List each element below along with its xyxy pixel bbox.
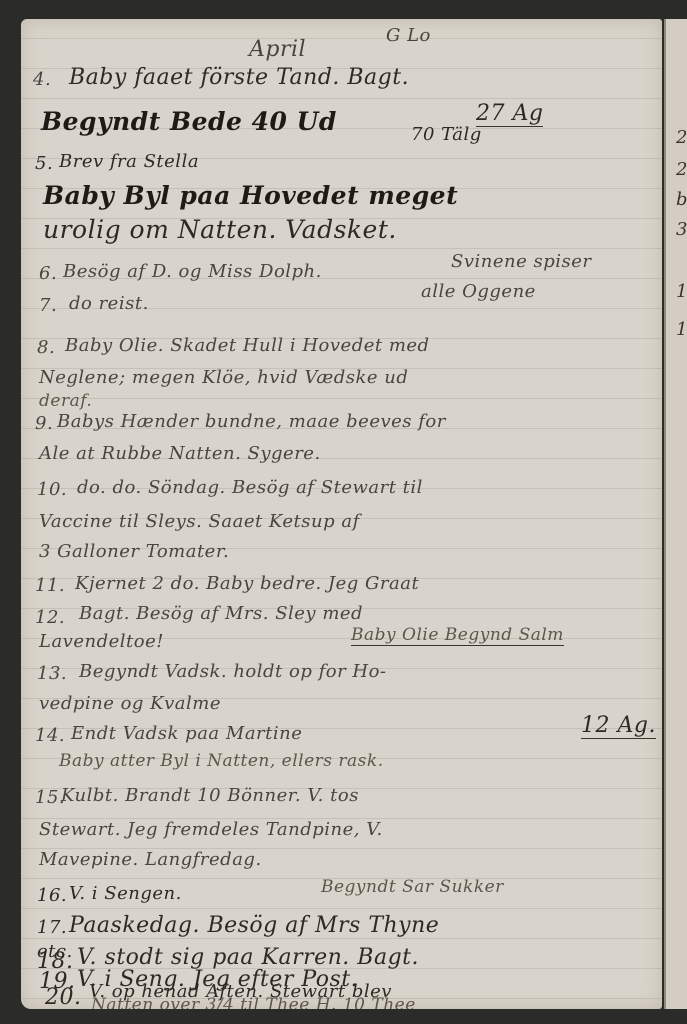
facing-mark: 2 — [676, 127, 687, 148]
entry-day: 16. — [37, 885, 67, 906]
margin-note: 27 Ag — [476, 101, 543, 127]
entry-line: Babys Hænder bundne, maae beeves for — [57, 411, 446, 432]
entry-line: 70 Tälg — [411, 124, 482, 145]
entry-line: Ale at Rubbe Natten. Sygere. — [39, 443, 321, 464]
entry-line: deraf. — [39, 391, 92, 411]
entry-line: Kulbt. Brandt 10 Bönner. V. tos — [61, 785, 359, 806]
initials: G Lo — [386, 25, 431, 46]
facing-mark: 1 — [676, 281, 687, 302]
entry-line: do. do. Söndag. Besög af Stewart til — [77, 477, 423, 498]
handwritten-text: April G Lo 4. Baby faaet förste Tand. Ba… — [21, 19, 662, 1009]
margin-note: Baby Olie Begynd Salm — [351, 625, 564, 646]
entry-line: Begyndt Vadsk. holdt op for Ho- — [79, 661, 387, 682]
facing-mark: 1 — [676, 319, 687, 340]
entry-day: 8. — [37, 337, 55, 358]
entry-day: 17. — [37, 917, 67, 938]
entry-day: 10. — [37, 479, 67, 500]
entry-day: 12. — [35, 607, 65, 628]
month-header: April — [249, 37, 306, 62]
entry-line: Baby Olie. Skadet Hull i Hovedet med — [65, 335, 430, 356]
entry-line: do reist. — [69, 293, 149, 314]
entry-day: 4. — [33, 69, 51, 90]
entry-line: Kjernet 2 do. Baby bedre. Jeg Graat — [75, 573, 419, 594]
facing-mark: b — [676, 189, 687, 210]
margin-note: Begyndt Sar Sukker — [321, 877, 504, 897]
entry-line: Besög af D. og Miss Dolph. — [63, 261, 322, 282]
entry-day: 11. — [35, 575, 65, 596]
diary-page: April G Lo 4. Baby faaet förste Tand. Ba… — [21, 19, 662, 1009]
entry-day: 5. — [35, 153, 53, 174]
entry-line: Begyndt Bede 40 Ud — [41, 107, 337, 136]
entry-day: 7. — [39, 295, 57, 316]
bracket-note: Svinene spiser — [451, 251, 591, 272]
facing-mark: 2 — [676, 159, 687, 180]
entry-line: Vaccine til Sleys. Saaet Ketsup af — [39, 511, 360, 532]
entry-line: Neglene; megen Klöe, hvid Vædske ud — [39, 367, 408, 388]
entry-line: V. i Sengen. — [69, 883, 182, 904]
entry-line: Mavepine. Langfredag. — [39, 849, 262, 870]
entry-line: Brev fra Stella — [59, 151, 199, 172]
entry-day: 14. — [35, 725, 65, 746]
entry-line: Stewart. Jeg fremdeles Tandpine, V. — [39, 819, 383, 840]
entry-line: Baby Byl paa Hovedet meget — [43, 181, 458, 210]
entry-line: Baby atter Byl i Natten, ellers rask. — [59, 751, 384, 771]
bracket-note: alle Oggene — [421, 281, 536, 302]
entry-line: vedpine og Kvalme — [39, 693, 221, 714]
facing-page-edge: 2 2 b 3 1 1 — [664, 19, 687, 1009]
facing-mark: 3 — [676, 219, 687, 240]
margin-note: 12 Ag. — [581, 713, 656, 739]
entry-day: 6. — [39, 263, 57, 284]
entry-line: Baby faaet förste Tand. Bagt. — [69, 65, 409, 90]
entry-day: 13. — [37, 663, 67, 684]
entry-line: urolig om Natten. Vadsket. — [43, 215, 397, 244]
entry-line: Paaskedag. Besög af Mrs Thyne — [69, 913, 439, 938]
entry-line: 3 Galloner Tomater. — [39, 541, 229, 562]
entry-line: Natten over 3/4 til Thee H. 10 Thee — [91, 995, 416, 1009]
entry-line: Bagt. Besög af Mrs. Sley med — [79, 603, 363, 624]
entry-day: 9. — [35, 413, 53, 434]
entry-day: 20. — [45, 985, 82, 1009]
entry-line: Endt Vadsk paa Martine — [71, 723, 302, 744]
entry-line: Lavendeltoe! — [39, 631, 164, 652]
